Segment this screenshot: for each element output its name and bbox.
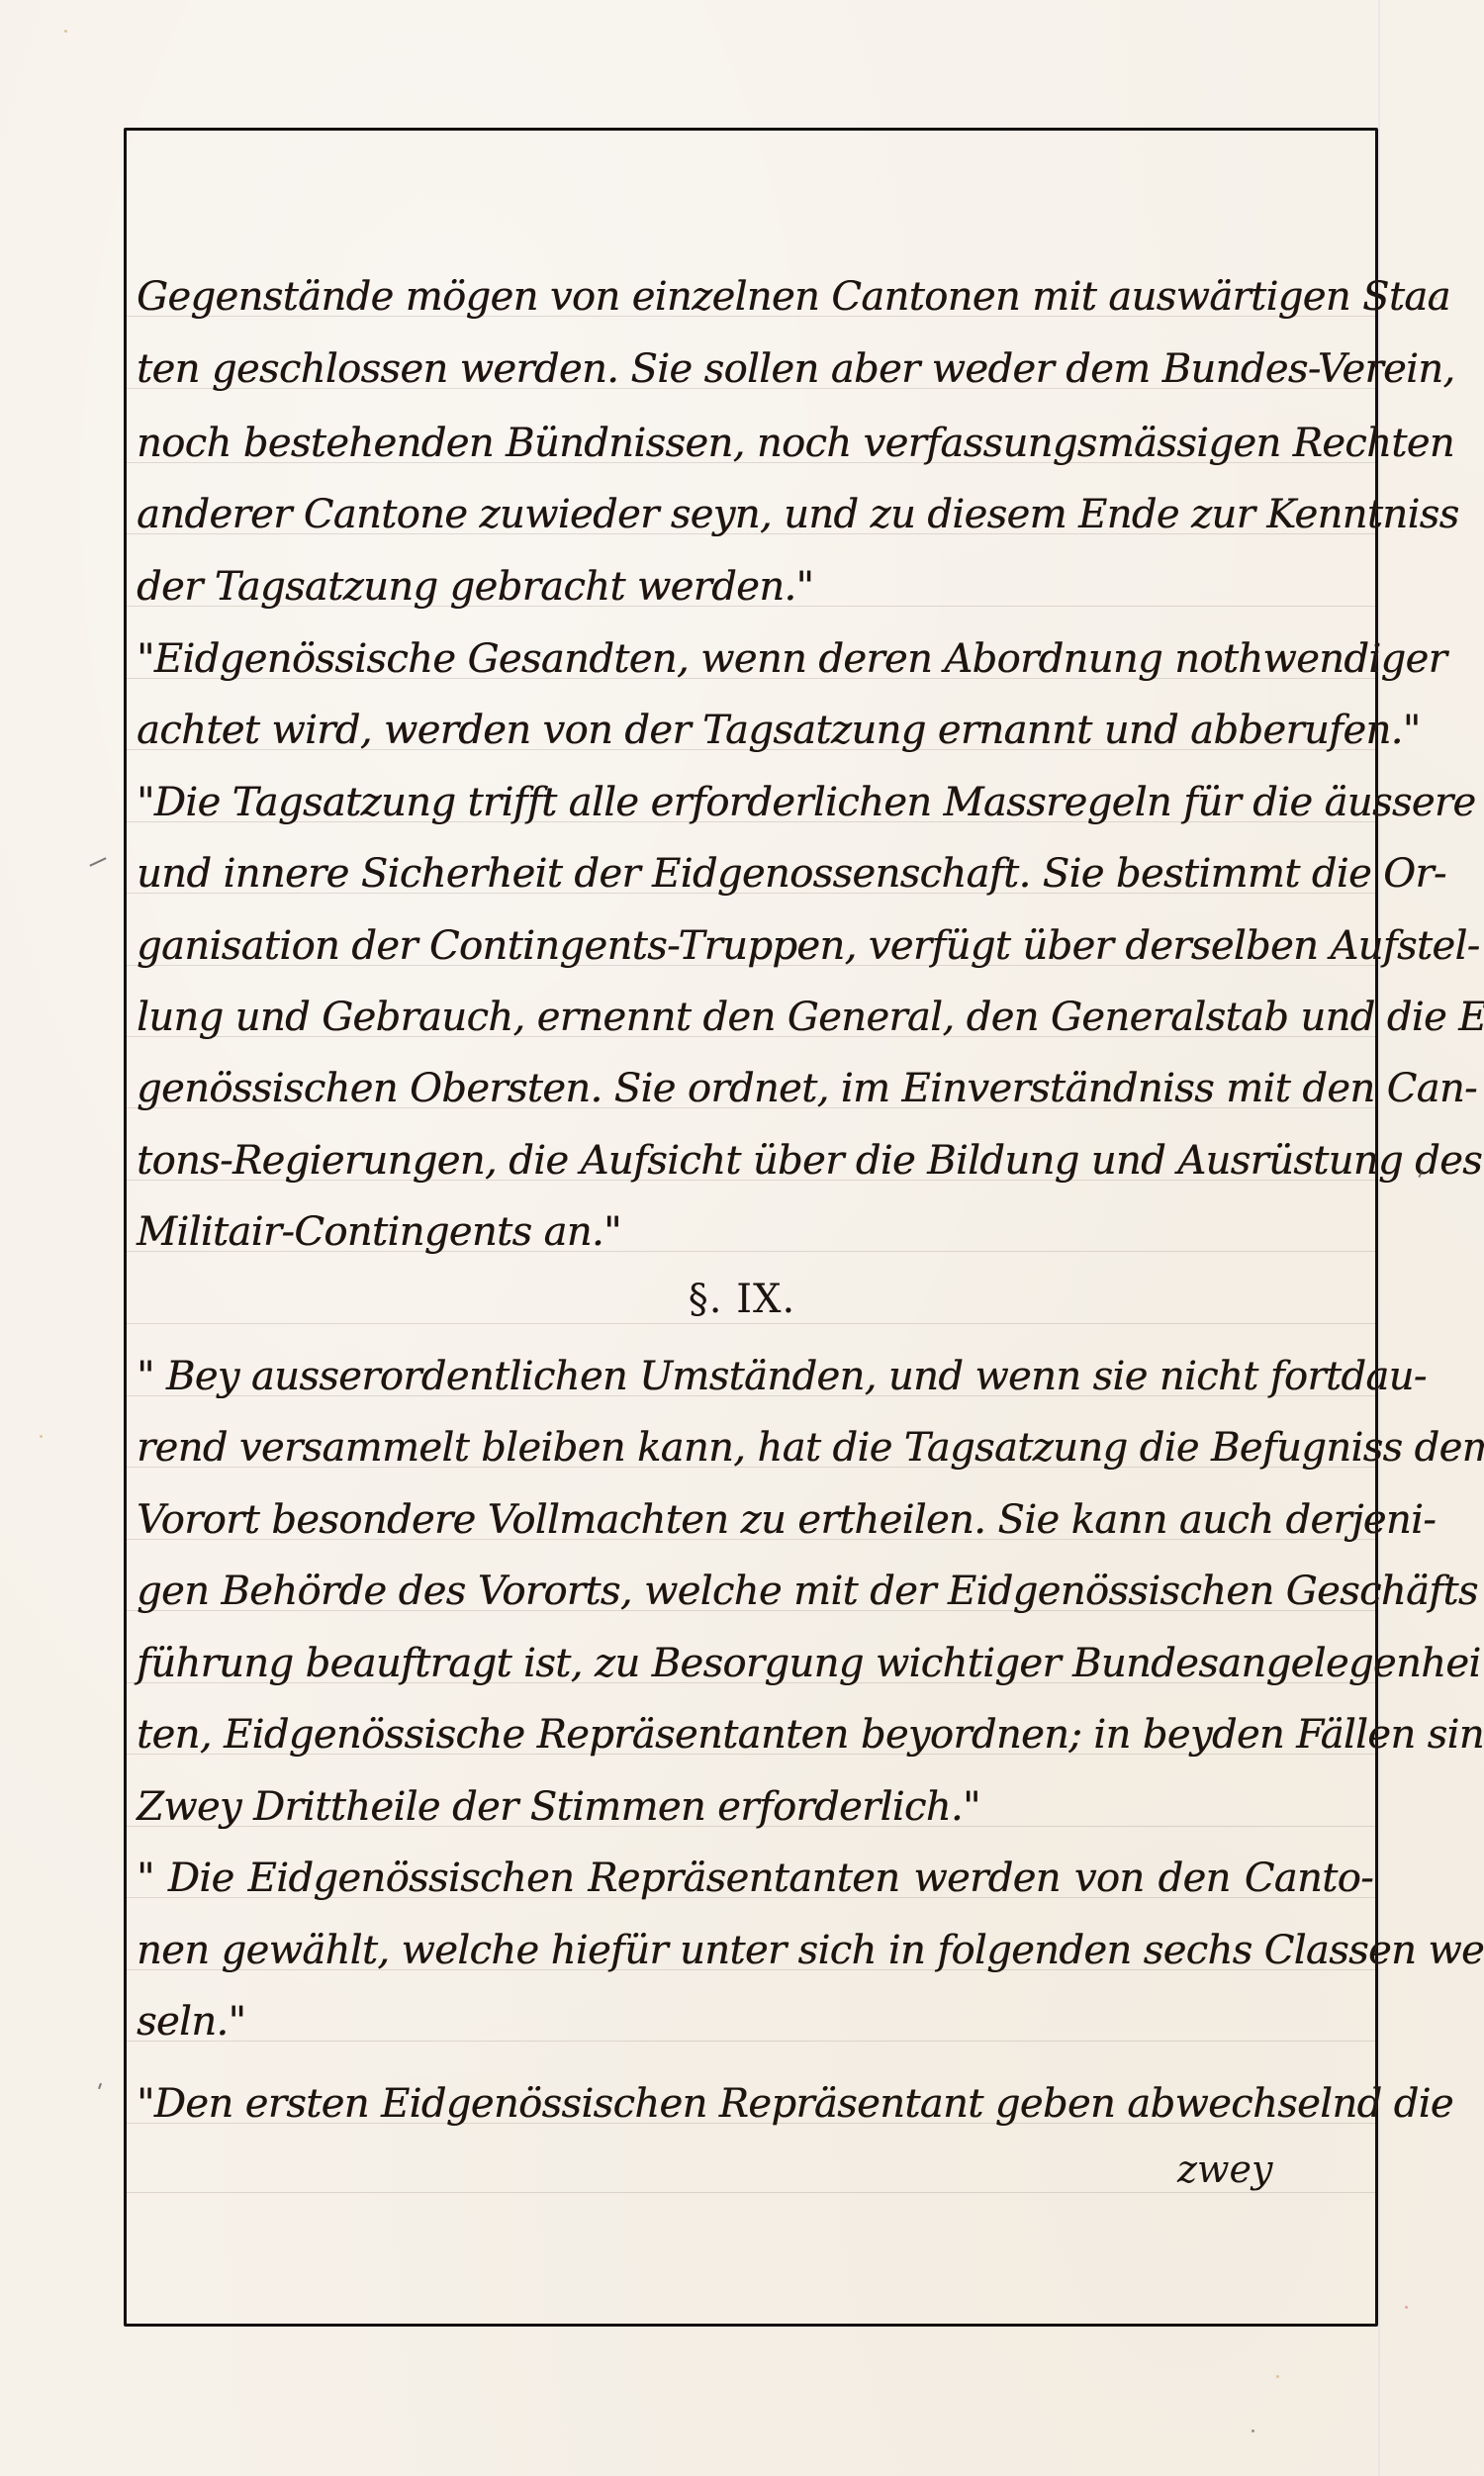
paper-speck (40, 1435, 43, 1438)
paper-speck (1276, 2375, 1279, 2378)
paper-speck (64, 30, 67, 33)
text-line: "Den ersten Eidgenössischen Repräsentant… (137, 2080, 1329, 2128)
catchword: zwey (1177, 2147, 1273, 2191)
text-line: lung und Gebrauch, ernennt den General, … (137, 994, 1373, 1041)
text-line: ten geschlossen werden. Sie sollen aber … (137, 345, 1373, 393)
text-line: ten, Eidgenössische Repräsentanten beyor… (137, 1711, 1373, 1759)
stray-pen-mark (98, 2083, 102, 2089)
text-line: anderer Cantone zuwieder seyn, und zu di… (137, 491, 1373, 538)
text-line: nen gewählt, welche hiefür unter sich in… (137, 1927, 1373, 1974)
text-line: führung beauftragt ist, zu Besorgung wic… (137, 1640, 1373, 1687)
paper-speck (1435, 297, 1438, 300)
text-line: seln." (137, 1998, 1373, 2046)
text-line: ganisation der Contingents-Truppen, verf… (137, 922, 1373, 970)
text-line: der Tagsatzung gebracht werden." (137, 563, 1373, 611)
text-line: und innere Sicherheit der Eidgenossensch… (137, 850, 1373, 898)
section-heading: §. IX. (0, 1277, 1484, 1322)
text-line: noch bestehenden Bündnissen, noch verfas… (137, 420, 1373, 467)
text-line: Gegenstände mögen von einzelnen Cantonen… (137, 273, 1373, 321)
text-line: "Eidgenössische Gesandten, wenn deren Ab… (137, 635, 1373, 683)
text-line: genössischen Obersten. Sie ordnet, im Ei… (137, 1065, 1373, 1112)
text-line: gen Behörde des Vororts, welche mit der … (137, 1568, 1373, 1615)
paper-speck (1405, 2306, 1408, 2309)
stray-pen-mark (89, 857, 106, 866)
text-line: Zwey Drittheile der Stimmen erforderlich… (137, 1783, 1373, 1831)
text-line: " Bey ausserordentlichen Umständen, und … (137, 1353, 1373, 1400)
text-line: " Die Eidgenössischen Repräsentanten wer… (137, 1855, 1373, 1902)
text-line: achtet wird, werden von der Tagsatzung e… (137, 707, 1314, 754)
text-line: Vorort besondere Vollmachten zu ertheile… (137, 1496, 1373, 1544)
text-line: tons-Regierungen, die Aufsicht über die … (137, 1137, 1373, 1185)
paper-speck (1252, 2429, 1254, 2432)
text-line: "Die Tagsatzung trifft alle erforderlich… (137, 779, 1373, 826)
text-line: Militair-Contingents an." (137, 1208, 1373, 1256)
text-line: rend versammelt bleiben kann, hat die Ta… (137, 1424, 1373, 1472)
